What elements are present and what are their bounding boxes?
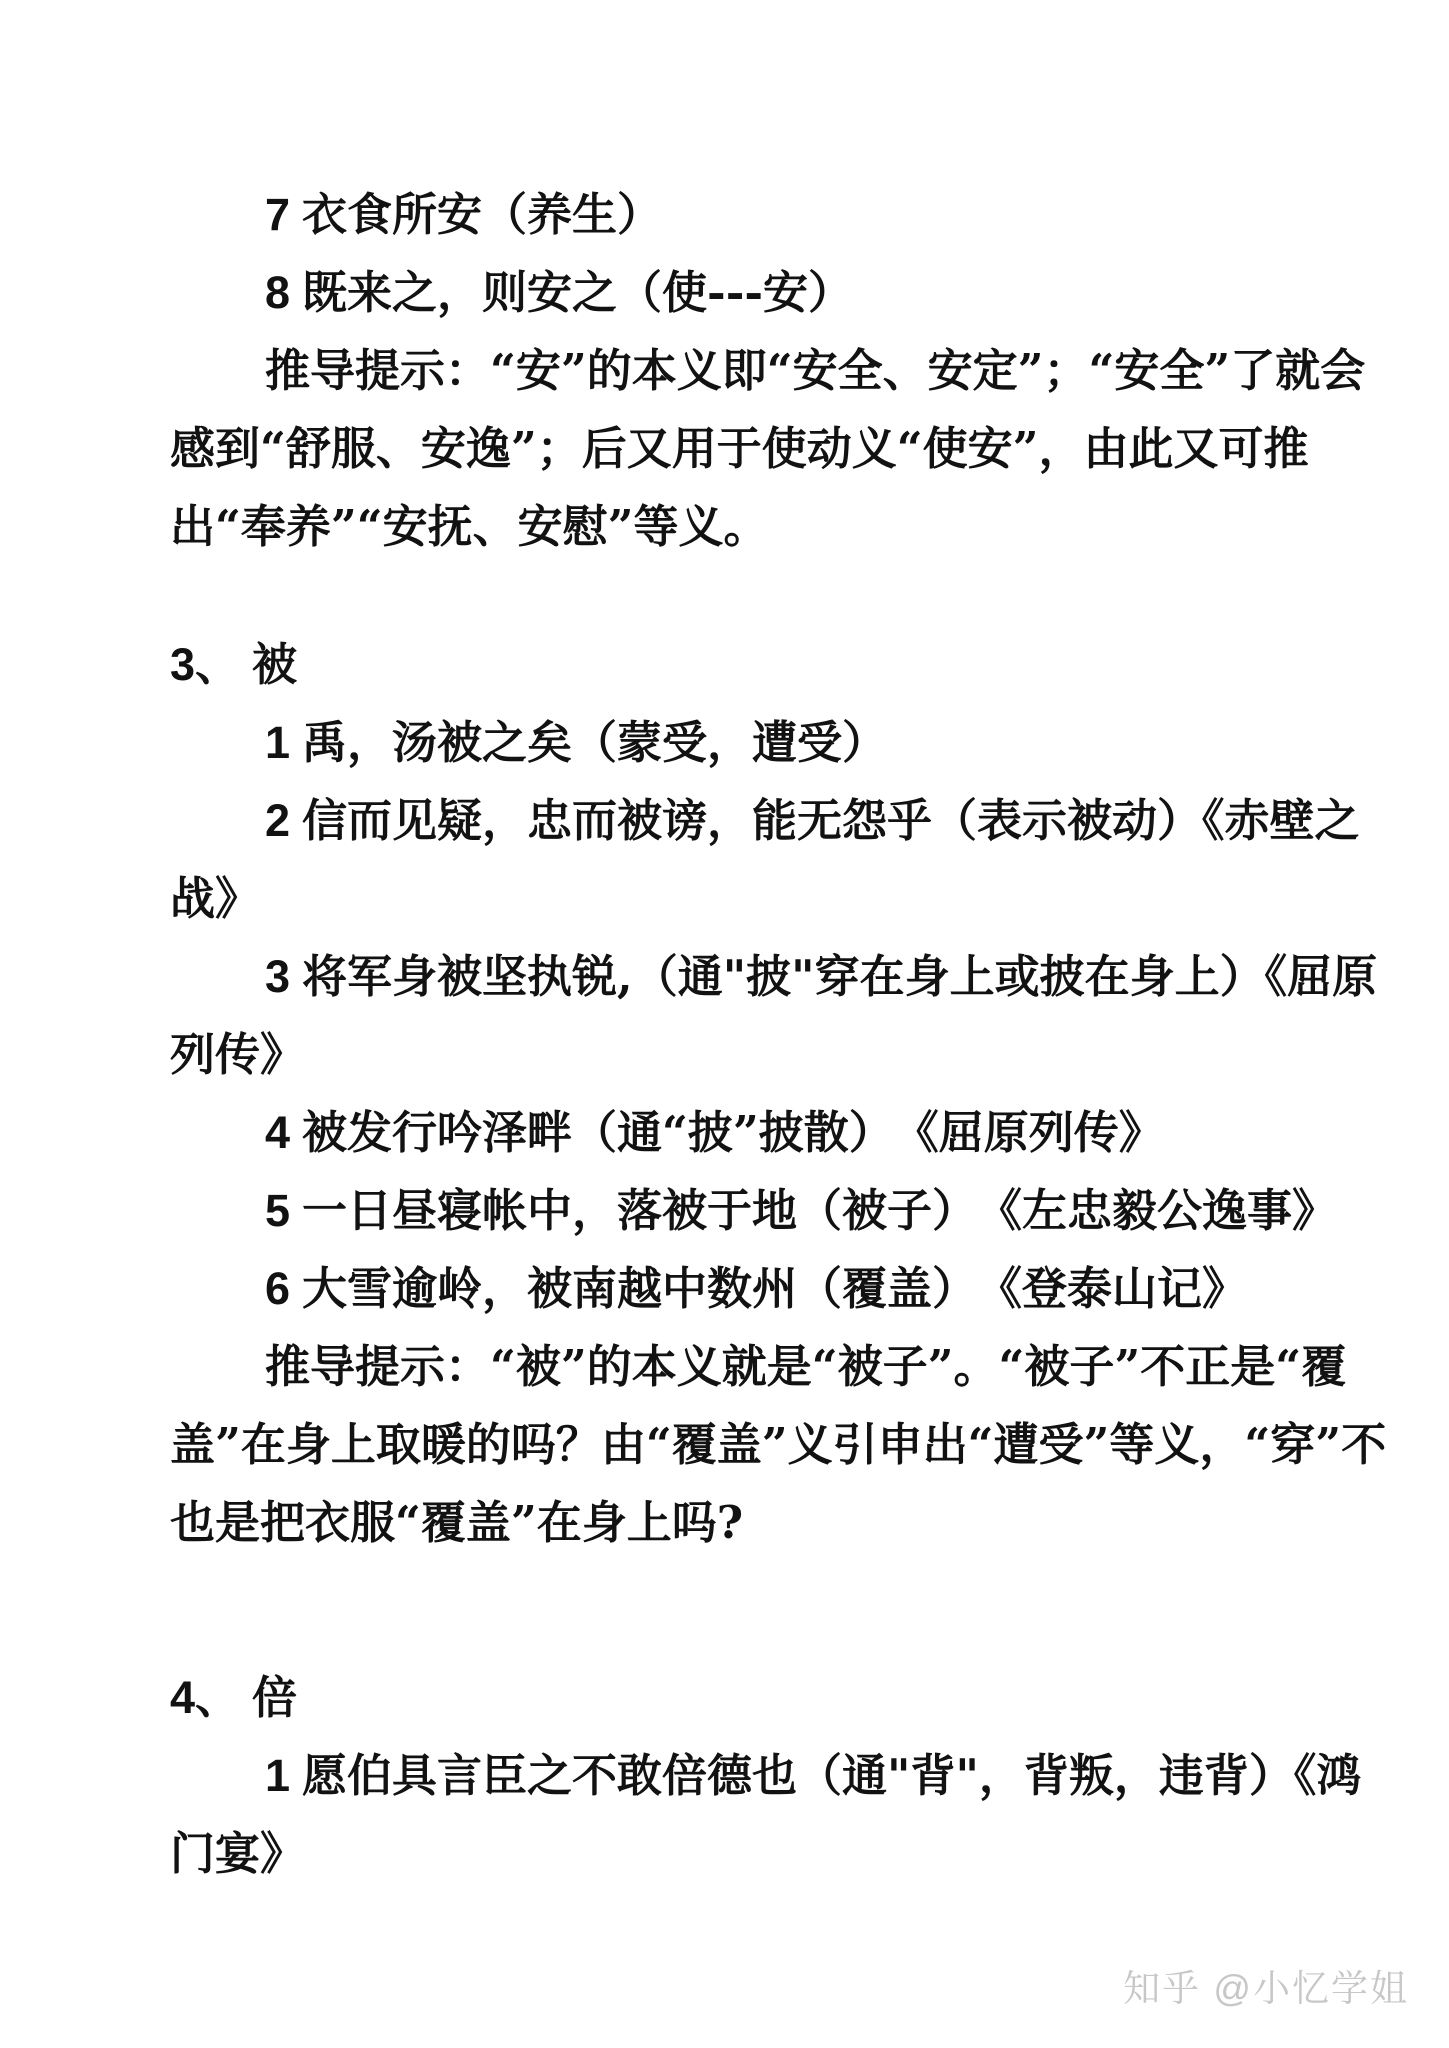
item-number: 1: [265, 1750, 290, 1801]
heading-bei2: 4、倍: [170, 1659, 1403, 1737]
item-number: 1: [265, 717, 290, 768]
item-number: 7: [265, 189, 290, 240]
item-bei-2: 2信而见疑，忠而被谤，能无怨乎（表示被动）《赤壁之战》: [170, 782, 1403, 938]
item-text: 愿伯具言臣之不敢倍德也（通"背"，背叛，违背）《鸿门宴》: [170, 1749, 1361, 1880]
watermark: 知乎 @小忆学姐: [1123, 1958, 1409, 2012]
item-an-7: 7衣食所安（养生）: [170, 176, 1403, 254]
para-bei-hint: 推导提示：“被”的本义就是“被子”。“被子”不正是“覆盖”在身上取暖的吗？由“覆…: [170, 1328, 1403, 1562]
heading-number: 4、: [170, 1672, 240, 1723]
heading-number: 3、: [170, 639, 240, 690]
item-number: 3: [265, 951, 290, 1002]
item-text: 被发行吟泽畔（通“披”披散） 《屈原列传》: [302, 1106, 1164, 1159]
heading-text: 倍: [252, 1671, 297, 1724]
item-number: 6: [265, 1263, 290, 1314]
item-number: 8: [265, 267, 290, 318]
item-number: 5: [265, 1185, 290, 1236]
para-an-hint: 推导提示：“安”的本义即“安全、安定”；“安全”了就会感到“舒服、安逸”；后又用…: [170, 332, 1403, 566]
item-text: 一日昼寝帐中，落被于地（被子） 《左忠毅公逸事》: [302, 1184, 1337, 1237]
item-text: 将军身被坚执锐,（通"披"穿在身上或披在身上）《屈原列传》: [170, 950, 1377, 1081]
item-text: 衣食所安（养生）: [302, 188, 662, 241]
item-number: 2: [265, 795, 290, 846]
item-bei-3: 3将军身被坚执锐,（通"披"穿在身上或披在身上）《屈原列传》: [170, 938, 1403, 1094]
item-number: 4: [265, 1107, 290, 1158]
item-text: 禹，汤被之矣（蒙受，遭受）: [302, 716, 887, 769]
item-text: 信而见疑，忠而被谤，能无怨乎（表示被动）《赤壁之战》: [170, 794, 1360, 925]
item-bei-5: 5一日昼寝帐中，落被于地（被子） 《左忠毅公逸事》: [170, 1172, 1403, 1250]
item-text: 既来之，则安之（使---安）: [302, 266, 853, 319]
item-bei-4: 4被发行吟泽畔（通“披”披散） 《屈原列传》: [170, 1094, 1403, 1172]
item-text: 大雪逾岭，被南越中数州（覆盖） 《登泰山记》: [302, 1262, 1247, 1315]
document-page: 7衣食所安（养生） 8既来之，则安之（使---安） 推导提示：“安”的本义即“安…: [0, 0, 1449, 1893]
heading-text: 被: [252, 638, 297, 691]
item-bei-1: 1禹，汤被之矣（蒙受，遭受）: [170, 704, 1403, 782]
item-an-8: 8既来之，则安之（使---安）: [170, 254, 1403, 332]
item-bei-6: 6大雪逾岭，被南越中数州（覆盖） 《登泰山记》: [170, 1250, 1403, 1328]
heading-bei: 3、被: [170, 626, 1403, 704]
item-bei2-1: 1愿伯具言臣之不敢倍德也（通"背"，背叛，违背）《鸿门宴》: [170, 1737, 1403, 1893]
